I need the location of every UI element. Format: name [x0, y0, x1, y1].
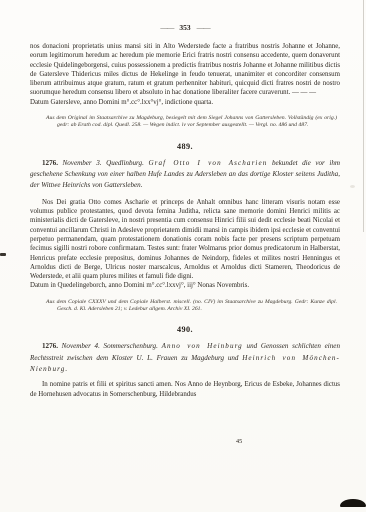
datum-line-489: Datum in Quedelingeborch, anno Domini m°…: [30, 281, 340, 290]
header-rule-right: ——: [197, 23, 210, 32]
printer-signature-mark: 45: [236, 438, 242, 445]
source-note-continuation: Aus dem Original im Staatsarchive zu Mag…: [57, 115, 337, 130]
regest-490-period: .: [65, 365, 67, 373]
regest-490-date-place: November 4. Sommerschenburg.: [58, 342, 162, 350]
regest-489-year: 1276.: [42, 159, 58, 167]
scan-artifact-margin-dash: [0, 253, 6, 256]
datum-line-continuation: Datum Gatersleve, anno Domini m°.cc°.lxx…: [30, 98, 340, 107]
regest-490-year: 1276.: [42, 342, 58, 350]
charter-text-489: Nos Dei gratia Otto comes Ascharie et pr…: [30, 198, 340, 282]
charter-text-continuation: nos donacioni proprietatis unius mansi s…: [30, 42, 340, 98]
regest-489: 1276. November 3. Quedlinburg. Graf Otto…: [30, 158, 340, 192]
page-number: 353: [173, 23, 196, 32]
regest-490-actor: Anno von Heinburg: [162, 342, 243, 350]
scan-artifact-speck: [350, 185, 355, 188]
scan-artifact-corner-blob: [340, 499, 366, 507]
scan-artifact-page-edge: [363, 0, 364, 232]
source-note-489: Aus dem Copiale CXXXV und dem Copiale Ha…: [57, 299, 337, 314]
regest-489-date-place: November 3. Quedlinburg.: [58, 159, 148, 167]
regest-490: 1276. November 4. Sommerschenburg. Anno …: [30, 341, 340, 375]
regest-489-actor: Graf Otto I von Ascharien: [148, 159, 267, 167]
charter-text-490: In nomine patris et filii et spiritus sa…: [30, 380, 340, 399]
header-rule-left: ——: [160, 23, 173, 32]
entry-heading-490: 490.: [30, 325, 340, 334]
book-page: ——353—— nos donacioni proprietatis unius…: [0, 0, 366, 512]
entry-heading-489: 489.: [30, 142, 340, 151]
page-number-header: ——353——: [30, 23, 340, 32]
text-block: ——353—— nos donacioni proprietatis unius…: [0, 0, 366, 399]
